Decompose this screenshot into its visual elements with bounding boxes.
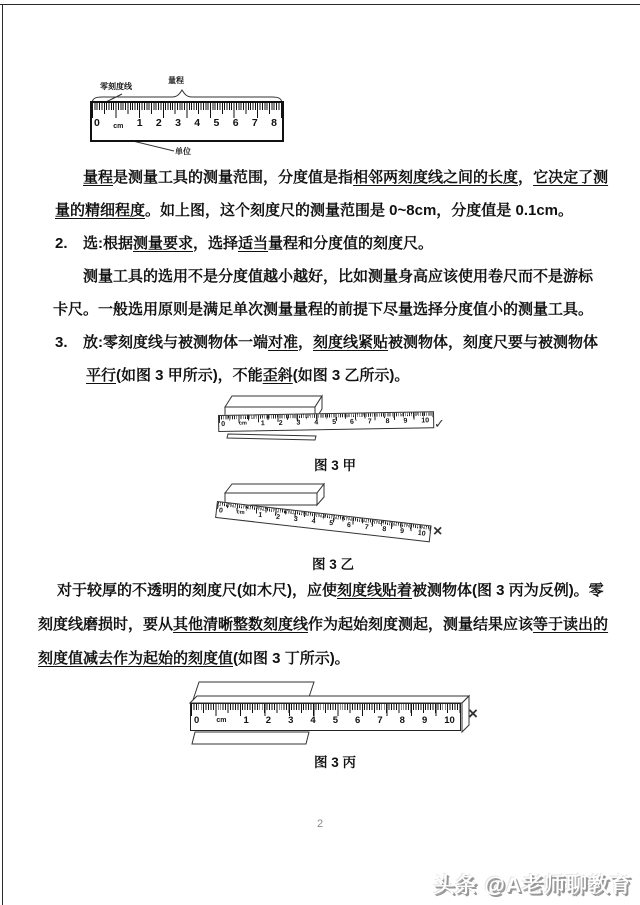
page-border-left	[2, 4, 3, 905]
box-top-face	[225, 484, 324, 493]
ruler-number: 2	[156, 117, 162, 130]
text-segment: 等于读出的	[533, 616, 608, 633]
paragraph-line: 对于较厚的不透明的刻度尺(如木尺)，应使刻度线贴着被测物体(图 3 丙为反例)。…	[38, 574, 604, 608]
ruler-number: cm	[113, 123, 123, 130]
ruler-number: 5	[214, 117, 220, 130]
text-segment: 其他清晰整数刻度线	[173, 616, 308, 633]
ruler-number: 7	[364, 524, 369, 531]
ruler-number: 6	[355, 715, 360, 726]
paragraph-line: 卡尺。一般选用原则是满足单次测量量程的前提下尽量选择分度值小的测量工具。	[53, 293, 590, 326]
figure-caption-yi: 图 3 乙	[283, 553, 383, 573]
ruler-number: 7	[252, 117, 258, 130]
text-segment: 放:零刻度线与被测物体一端	[83, 334, 268, 351]
thick-ruler-0-10cm: 0cm12345678910	[190, 703, 461, 731]
ruler-number: 1	[243, 715, 248, 726]
ruler-number: 2	[276, 514, 281, 521]
text-segment: 对准	[268, 334, 298, 351]
paragraph-line: 量的精细程度。如上图，这个刻度尺的测量范围是 0~8cm，分度值是 0.1cm。	[55, 194, 590, 227]
box-top-face	[225, 396, 322, 407]
text-segment: 被测物体，刻度尺要与被测物体	[388, 334, 598, 351]
text-segment: 量程	[83, 169, 113, 186]
list-item-2: 2.选:根据测量要求，选择适当量程和分度值的刻度尺。	[55, 227, 590, 260]
ruler-number: 1	[258, 512, 263, 519]
ruler-number: 8	[271, 117, 277, 130]
ruler-number: 6	[350, 419, 354, 426]
figure-annotated-ruler: 零刻度线 量程 分度值 单位 0cm12345678	[80, 72, 330, 167]
text-segment: 刻度值减去作为起始的刻度值	[38, 650, 233, 667]
paragraph-line: 平行(如图 3 甲所示)，不能歪斜(如图 3 乙所示)。	[55, 359, 590, 392]
ruler-number: cm	[216, 717, 226, 726]
text-segment: ，	[518, 169, 533, 186]
ruler-number: 0	[194, 715, 199, 726]
text-segment: ，选择	[193, 235, 238, 252]
ruler-number: 10	[421, 417, 429, 424]
box-bottom-face	[192, 732, 309, 744]
figure-caption-jia: 图 3 甲	[285, 454, 385, 474]
ruler-number: 7	[368, 418, 372, 425]
ruler-number-row: 0cm12345678	[94, 117, 277, 130]
ruler-number: 8	[386, 418, 390, 425]
cross-mark: ×	[468, 704, 478, 724]
closing-paragraph: 对于较厚的不透明的刻度尺(如木尺)，应使刻度线贴着被测物体(图 3 丙为反例)。…	[38, 574, 604, 676]
text-segment: 平行	[86, 367, 116, 384]
ruler-top-face	[190, 696, 469, 703]
cross-mark: ×	[433, 523, 442, 541]
paragraph-line: 测量工具的选用不是分度值越小越好，比如测量身高应该使用卷尺而不是游标	[55, 260, 590, 293]
body-text-block: 量程是测量工具的测量范围，分度值是指相邻两刻度线之间的长度，它决定了测 量的精细…	[55, 161, 590, 392]
ruler-number: 4	[194, 117, 200, 130]
text-segment: 相邻两刻度线之间的长度	[353, 169, 518, 186]
ruler-number: 10	[417, 530, 426, 538]
text-segment: 量程和分度值的刻度尺。	[268, 235, 433, 252]
ruler-ticks	[92, 103, 282, 118]
text-segment: (如图 3 乙所示)。	[293, 367, 410, 384]
paragraph-line: 刻度值减去作为起始的刻度值(如图 3 丁所示)。	[38, 642, 604, 676]
range-label: 量程	[168, 75, 184, 86]
ruler-number: 10	[444, 715, 455, 726]
list-number: 3.	[55, 326, 83, 359]
text-segment: 歪斜	[263, 367, 293, 384]
text-segment: 它决定了测	[533, 169, 608, 186]
text-segment: 测量工具的选用不是分度值越小越好，比如测量身高应该使用卷尺而不是游标	[83, 268, 593, 285]
figure-caption-bing: 图 3 丙	[285, 751, 385, 771]
ruler-number: 0	[219, 507, 224, 514]
paragraph-line: 量程是测量工具的测量范围，分度值是指相邻两刻度线之间的长度，它决定了测	[55, 161, 590, 194]
text-segment: ，	[298, 334, 313, 351]
ruler-number: 2	[279, 420, 283, 427]
ruler-number: 3	[296, 420, 300, 427]
text-segment: 适当	[238, 235, 268, 252]
ruler-number: cm	[239, 420, 247, 427]
page-number: 2	[0, 818, 640, 830]
ruler-0-8cm: 0cm12345678	[90, 101, 284, 142]
text-segment: 刻度线磨损时，要从	[38, 616, 173, 633]
list-number: 2.	[55, 227, 83, 260]
ruler-number-row: 0cm12345678910	[194, 715, 455, 726]
paragraph-line: 刻度线磨损时，要从其他清晰整数刻度线作为起始刻度测起，测量结果应该等于读出的	[38, 608, 604, 642]
text-segment: (如图 3 丁所示)。	[233, 650, 350, 667]
text-segment: 是测量工具的测量范围，分度值是指	[113, 169, 353, 186]
text-segment: 卡尺。一般选用原则是满足单次测量量程的前提下尽量选择分度值小的测量工具。	[53, 301, 593, 318]
ruler-number: 5	[329, 520, 334, 527]
text-segment: 被测物体(图 3 丙为反例)。零	[412, 582, 604, 599]
figure-3-yi: 0cm12345678910 ×	[207, 481, 462, 563]
list-item-3: 3.放:零刻度线与被测物体一端对准，刻度线紧贴被测物体，刻度尺要与被测物体	[55, 326, 590, 359]
check-mark: ✓	[434, 416, 445, 432]
text-segment: (如图 3 甲所示)，不能	[116, 367, 263, 384]
box-bottom-edge	[227, 434, 316, 440]
ruler-number: 8	[400, 715, 405, 726]
zero-line-label: 零刻度线	[100, 81, 132, 92]
ruler-number: 6	[233, 117, 239, 130]
ruler-number: 3	[175, 117, 181, 130]
ruler-number: cm	[236, 509, 245, 517]
ruler-number: 3	[288, 715, 293, 726]
ruler-number: 9	[403, 418, 407, 425]
ruler-number: 9	[422, 715, 427, 726]
figure-3-jia: 0cm12345678910 ✓	[212, 390, 462, 462]
text-segment: 作为起始刻度测起，测量结果应该	[308, 616, 533, 633]
watermark: 头条 @A老师聊教育	[434, 869, 632, 899]
ruler-number: 8	[382, 526, 387, 533]
unit-label: 单位	[175, 146, 191, 157]
text-segment: 刻度线贴着	[337, 582, 412, 599]
ruler-number: 7	[377, 715, 382, 726]
ruler-number: 4	[311, 518, 316, 525]
text-segment: 刻度线紧贴	[313, 334, 388, 351]
ruler-number: 1	[137, 117, 143, 130]
ruler-number: 4	[314, 419, 318, 426]
ruler-number: 4	[310, 715, 315, 726]
ruler-number: 0	[94, 117, 100, 130]
ruler-number: 3	[293, 516, 298, 523]
text-segment: 。如上图，这个刻度尺的测量范围是 0~8cm，分度值是 0.1cm。	[145, 202, 573, 219]
ruler-number: 9	[400, 528, 405, 535]
ruler-number: 6	[347, 522, 352, 529]
text-segment: 选:根据	[83, 235, 133, 252]
ruler-number: 5	[332, 419, 336, 426]
ruler-number: 0	[221, 421, 225, 428]
page-border-top	[0, 4, 640, 5]
ruler-number: 1	[261, 420, 265, 427]
text-segment: 测量要求	[133, 235, 193, 252]
text-segment: 对于较厚的不透明的刻度尺(如木尺)，应使	[57, 582, 337, 599]
text-segment: 量的精细程度	[55, 202, 145, 219]
ruler-number: 2	[266, 715, 271, 726]
ruler-number: 5	[333, 715, 338, 726]
